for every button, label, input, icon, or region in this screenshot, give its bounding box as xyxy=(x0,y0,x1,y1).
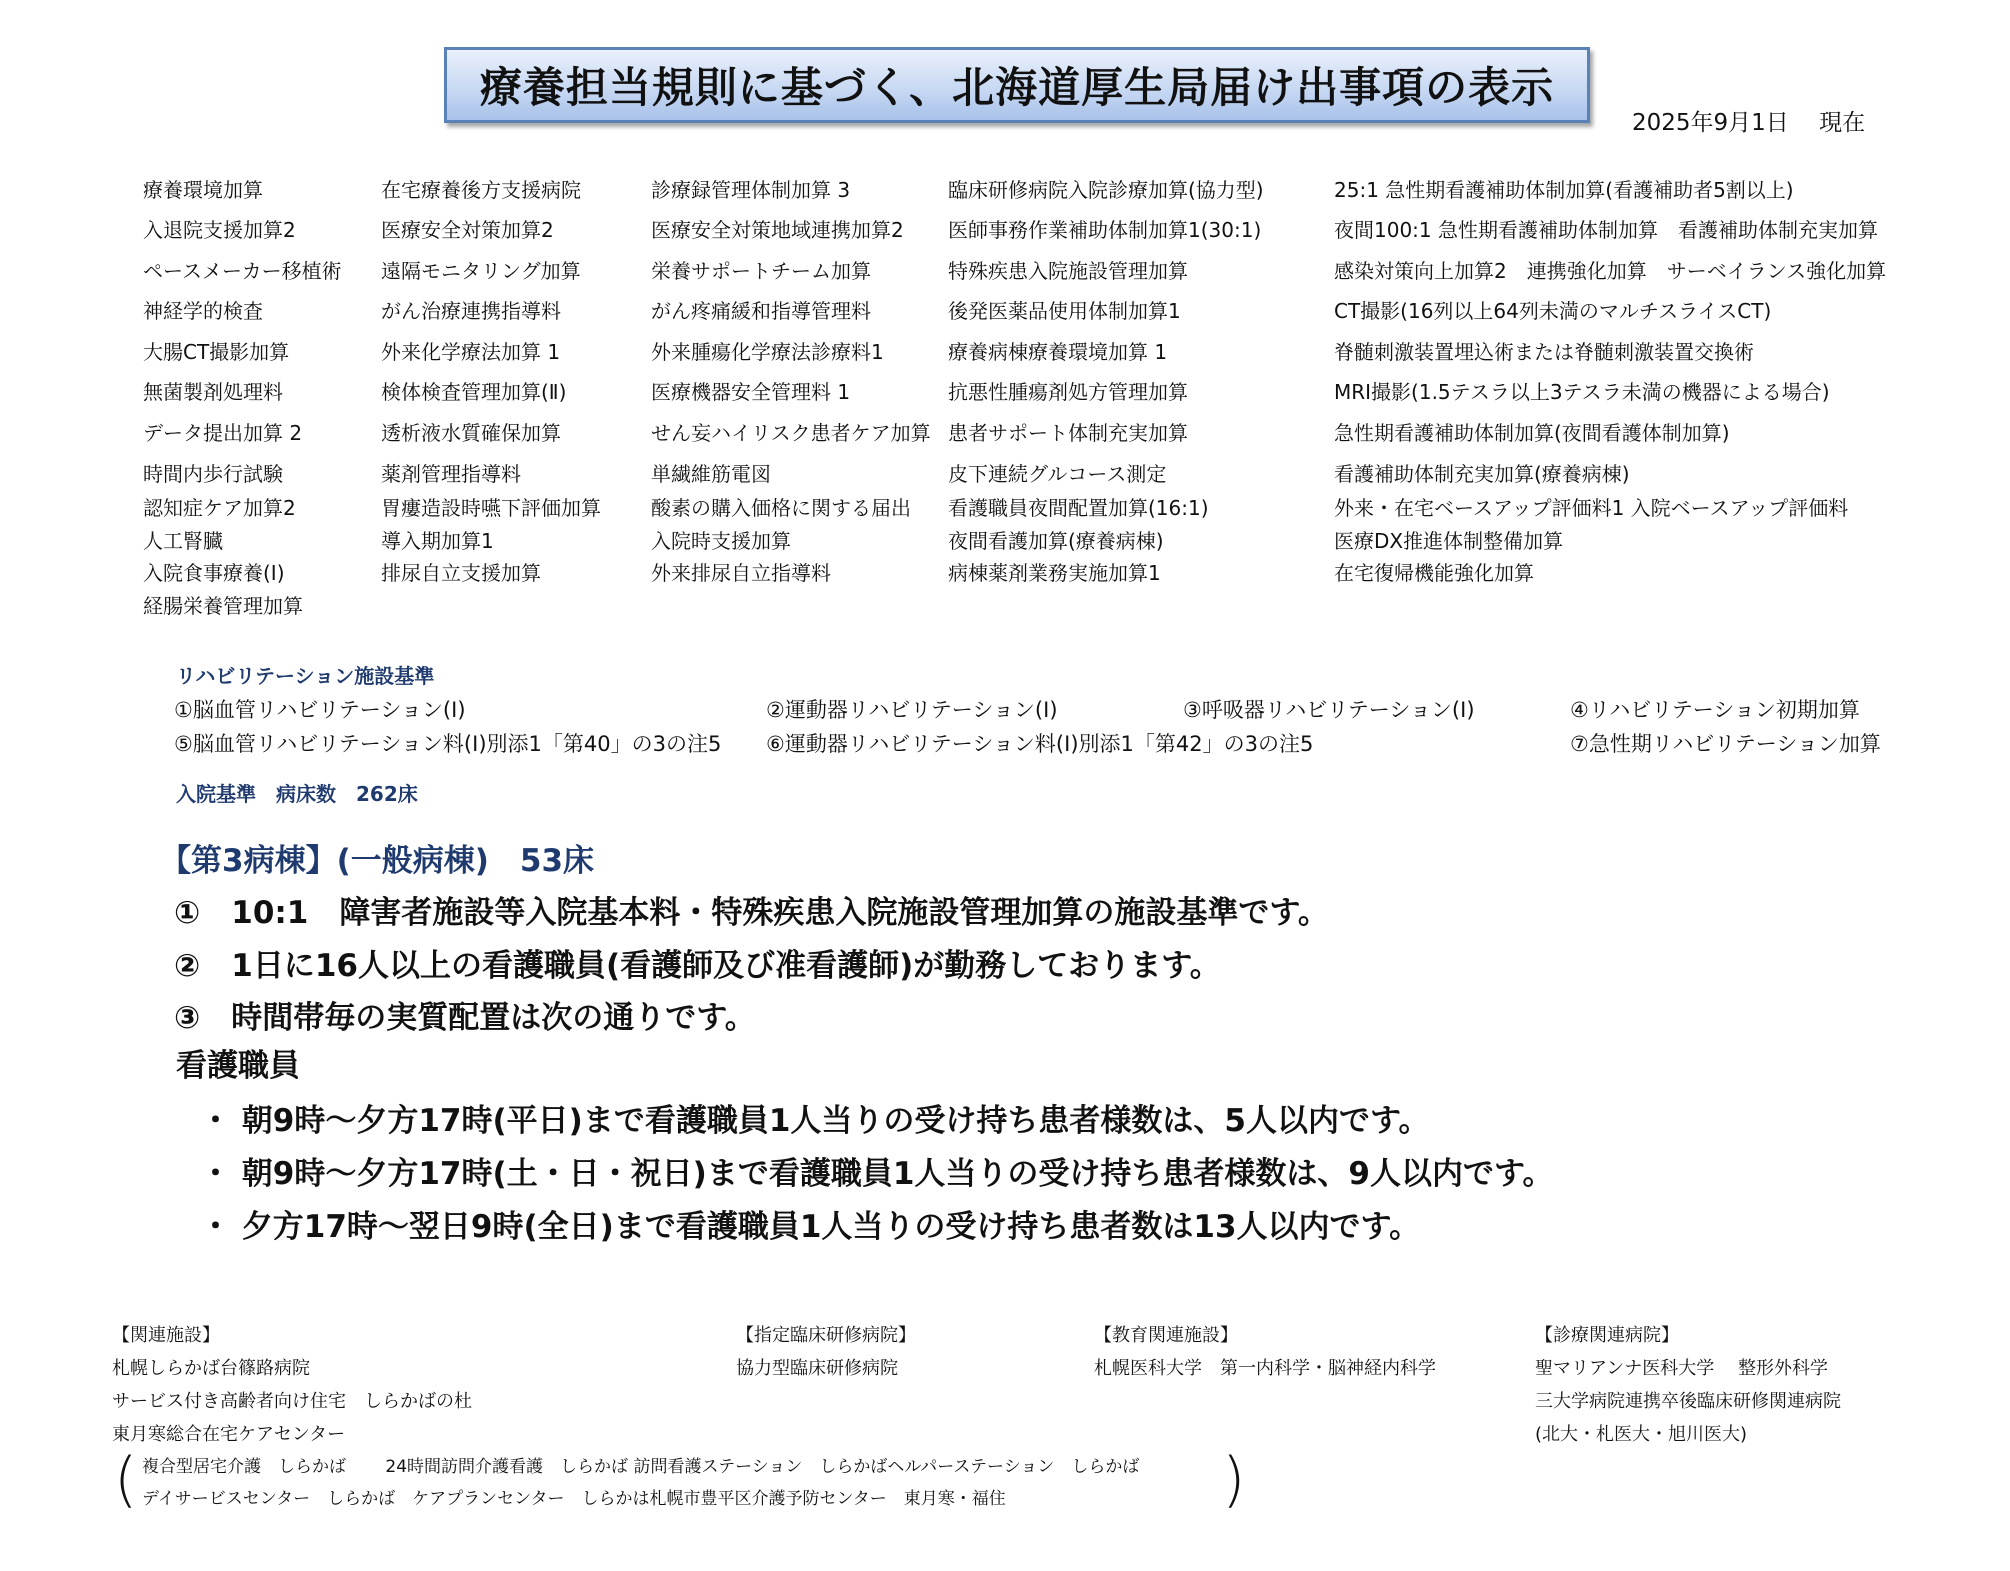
clinical-hospital-item: 三大学病院連携卒後臨床研修関連病院 xyxy=(1535,1387,1841,1413)
notification-item: 入退院支援加算2 xyxy=(143,214,296,243)
notification-item: 特殊疾患入院施設管理加算 xyxy=(948,255,1188,284)
notification-item: 酸素の購入価格に関する届出 xyxy=(651,492,911,521)
nurse-ratio-item: ・ 朝9時～夕方17時(平日)まで看護職員1人当りの受け持ち患者様数は、5人以内… xyxy=(200,1095,1430,1140)
notification-item: ペースメーカー移植術 xyxy=(143,255,342,284)
notification-item: 外来腫瘍化学療法診療料1 xyxy=(651,336,884,365)
notification-item: 在宅療養後方支援病院 xyxy=(381,174,581,203)
as-of-date: 2025年9月1日 現在 xyxy=(1632,104,1865,137)
notification-item: 神経学的検査 xyxy=(143,295,263,324)
related-subfacilities-line: 複合型居宅介護 しらかば 24時間訪問介護看護 しらかば 訪問看護ステーション … xyxy=(142,1452,1139,1477)
education-facility-item: 札幌医科大学 第一内科学・脳神経内科学 xyxy=(1094,1354,1436,1380)
education-facility-title: 【教育関連施設】 xyxy=(1094,1321,1238,1347)
notification-item: 後発医薬品使用体制加算1 xyxy=(948,295,1181,324)
notification-item: 大腸CT撮影加算 xyxy=(143,336,289,365)
notification-item: MRI撮影(1.5テスラ以上3テスラ未満の機器による場合) xyxy=(1334,376,1830,405)
notification-item: 認知症ケア加算2 xyxy=(143,492,296,521)
notification-item: 入院食事療養(Ⅰ) xyxy=(143,557,285,586)
notification-item: 皮下連続グルコース測定 xyxy=(948,458,1166,487)
notification-item: 療養病棟療養環境加算 1 xyxy=(948,336,1167,365)
notification-item: 単繊維筋電図 xyxy=(651,458,771,487)
page-title: 療養担当規則に基づく、北海道厚生局届け出事項の表示 xyxy=(480,55,1554,115)
ward-heading: 【第3病棟】(一般病棟) 53床 xyxy=(160,835,594,880)
notification-item: 療養環境加算 xyxy=(143,174,263,203)
notification-item: 医療安全対策地域連携加算2 xyxy=(651,214,904,243)
notification-item: 遠隔モニタリング加算 xyxy=(381,255,581,284)
notification-item: データ提出加算 2 xyxy=(143,417,302,446)
notification-item: 看護職員夜間配置加算(16:1) xyxy=(948,492,1209,521)
left-bracket: ( xyxy=(114,1450,137,1510)
notification-item: 外来化学療法加算 1 xyxy=(381,336,560,365)
clinical-hospital-item: 聖マリアンナ医科大学 整形外科学 xyxy=(1535,1354,1828,1380)
notification-item: 診療録管理体制加算 3 xyxy=(651,174,850,203)
notification-item: 医療安全対策加算2 xyxy=(381,214,554,243)
training-hospital-item: 協力型臨床研修病院 xyxy=(736,1354,898,1380)
notification-item: 急性期看護補助体制加算(夜間看護体制加算) xyxy=(1334,417,1730,446)
rehab-section-title: リハビリテーション施設基準 xyxy=(176,660,434,689)
notification-item: 夜間看護加算(療養病棟) xyxy=(948,525,1164,554)
notification-item: 時間内歩行試験 xyxy=(143,458,283,487)
notification-item: CT撮影(16列以上64列未満のマルチスライスCT) xyxy=(1334,295,1771,324)
notification-item: 検体検査管理加算(Ⅱ) xyxy=(381,376,566,405)
rehab-item: ⑥運動器リハビリテーション料(Ⅰ)別添1「第42」の3の注5 xyxy=(766,728,1313,758)
notification-item: 抗悪性腫瘍剤処方管理加算 xyxy=(948,376,1188,405)
rehab-item: ①脳血管リハビリテーション(Ⅰ) xyxy=(174,694,466,724)
rehab-item: ⑤脳血管リハビリテーション料(Ⅰ)別添1「第40」の3の注5 xyxy=(174,728,721,758)
notification-item: 透析液水質確保加算 xyxy=(381,417,561,446)
clinical-hospital-title: 【診療関連病院】 xyxy=(1535,1321,1679,1347)
notification-item: 患者サポート体制充実加算 xyxy=(948,417,1188,446)
rehab-item: ④リハビリテーション初期加算 xyxy=(1570,694,1860,724)
notification-item: 感染対策向上加算2 連携強化加算 サーベイランス強化加算 xyxy=(1334,255,1886,284)
notification-item: 薬剤管理指導料 xyxy=(381,458,521,487)
notification-item: 入院時支援加算 xyxy=(651,525,791,554)
notification-item: 看護補助体制充実加算(療養病棟) xyxy=(1334,458,1630,487)
notification-item: 医療DX推進体制整備加算 xyxy=(1334,525,1563,554)
related-facility: サービス付き高齢者向け住宅 しらかばの杜 xyxy=(112,1387,472,1413)
notification-item: 病棟薬剤業務実施加算1 xyxy=(948,557,1161,586)
related-facility: 東月寒総合在宅ケアセンター xyxy=(112,1420,345,1446)
notification-item: 外来・在宅ベースアップ評価料1 入院ベースアップ評価料 xyxy=(1334,492,1848,521)
notification-item: がん疼痛緩和指導管理料 xyxy=(651,295,871,324)
notification-item: 人工腎臓 xyxy=(143,525,223,554)
ward-point: ② 1日に16人以上の看護職員(看護師及び准看護師)が勤務しております。 xyxy=(174,940,1221,985)
nurse-ratio-item: ・ 夕方17時～翌日9時(全日)まで看護職員1人当りの受け持ち患者数は13人以内… xyxy=(200,1201,1420,1246)
rehab-item: ③呼吸器リハビリテーション(Ⅰ) xyxy=(1183,694,1475,724)
notification-item: 医療機器安全管理料 1 xyxy=(651,376,850,405)
notification-item: せん妄ハイリスク患者ケア加算 xyxy=(651,417,931,446)
nurse-staff-label: 看護職員 xyxy=(176,1040,300,1085)
notification-item: 胃瘻造設時嚥下評価加算 xyxy=(381,492,601,521)
notification-item: 経腸栄養管理加算 xyxy=(143,590,303,619)
notification-item: 25:1 急性期看護補助体制加算(看護補助者5割以上) xyxy=(1334,174,1794,203)
notification-item: がん治療連携指導料 xyxy=(381,295,561,324)
notification-item: 脊髄刺激装置埋込術または脊髄刺激装置交換術 xyxy=(1334,336,1754,365)
right-bracket: ) xyxy=(1222,1450,1245,1510)
related-facility: 札幌しらかば台篠路病院 xyxy=(112,1354,310,1380)
notification-item: 無菌製剤処理料 xyxy=(143,376,283,405)
notification-item: 在宅復帰機能強化加算 xyxy=(1334,557,1534,586)
notification-item: 医師事務作業補助体制加算1(30:1) xyxy=(948,214,1261,243)
ward-point: ③ 時間帯毎の実質配置は次の通りです。 xyxy=(174,992,756,1037)
bed-count: 入院基準 病床数 262床 xyxy=(176,778,418,807)
related-subfacilities-line: デイサービスセンター しらかば ケアプランセンター しらかは札幌市豊平区介護予防… xyxy=(142,1484,1006,1509)
notification-item: 排尿自立支援加算 xyxy=(381,557,541,586)
rehab-item: ⑦急性期リハビリテーション加算 xyxy=(1570,728,1881,758)
related-facilities-title: 【関連施設】 xyxy=(112,1321,220,1347)
notification-item: 臨床研修病院入院診療加算(協力型) xyxy=(948,174,1264,203)
notification-item: 導入期加算1 xyxy=(381,525,494,554)
nurse-ratio-item: ・ 朝9時～夕方17時(土・日・祝日)まで看護職員1人当りの受け持ち患者様数は、… xyxy=(200,1148,1554,1193)
clinical-hospital-item: (北大・札医大・旭川医大) xyxy=(1535,1420,1747,1446)
notification-item: 夜間100:1 急性期看護補助体制加算 看護補助体制充実加算 xyxy=(1334,214,1878,243)
notification-item: 外来排尿自立指導料 xyxy=(651,557,831,586)
rehab-item: ②運動器リハビリテーション(Ⅰ) xyxy=(766,694,1058,724)
title-banner: 療養担当規則に基づく、北海道厚生局届け出事項の表示 xyxy=(444,47,1590,123)
training-hospital-title: 【指定臨床研修病院】 xyxy=(736,1321,916,1347)
notification-item: 栄養サポートチーム加算 xyxy=(651,255,871,284)
ward-point: ① 10:1 障害者施設等入院基本料・特殊疾患入院施設管理加算の施設基準です。 xyxy=(174,887,1329,932)
